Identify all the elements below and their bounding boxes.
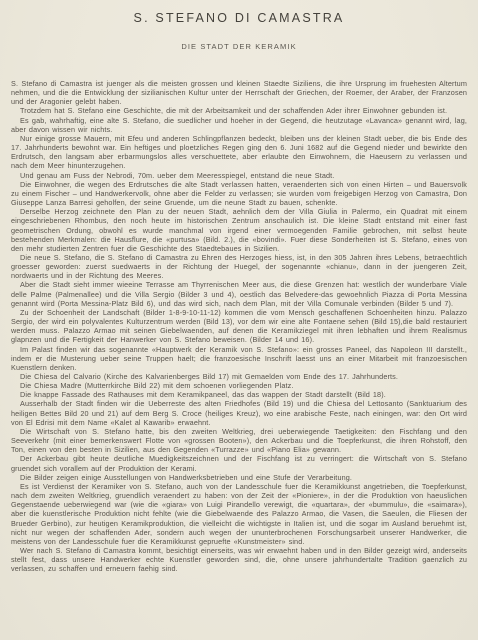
paragraph: Die Chiesa del Calvario (Kirche des Kalv… <box>11 372 467 381</box>
paragraph: Trotzdem hat S. Stefano eine Geschichte,… <box>11 106 467 115</box>
paragraph: Die neue S. Stefano, die S. Stefano di C… <box>11 253 467 280</box>
paragraph: Die knappe Fassade des Rathauses mit dem… <box>11 390 467 399</box>
paragraph: Zu der Schoenheit der Landschaft (Bilder… <box>11 308 467 345</box>
page-subtitle: DIE STADT DER KERAMIK <box>0 25 478 51</box>
paragraph: Ausserhalb der Stadt finden wir die Uebe… <box>11 399 467 426</box>
body-text: S. Stefano di Camastra ist juenger als d… <box>0 51 478 573</box>
paragraph: S. Stefano di Camastra ist juenger als d… <box>11 79 467 106</box>
paragraph: Wer nach S. Stefano di Camastra kommt, b… <box>11 546 467 573</box>
paragraph: Es ist Verdienst der Keramiker von S. St… <box>11 482 467 546</box>
paragraph: Die Wirtschaft von S. Stefano hatte, bis… <box>11 427 467 454</box>
paragraph: Aber die Stadt sieht immer wieeine Terra… <box>11 280 467 307</box>
paragraph: Die Einwohner, die wegen des Erdrutsches… <box>11 180 467 207</box>
paragraph: Der Ackerbau gibt heute deutliche Muedig… <box>11 454 467 472</box>
paragraph: Nur einige grosse Mauern, mit Efeu und a… <box>11 134 467 171</box>
paragraph: Und genau am Fuss der Nebrodi, 70m. uebe… <box>11 171 467 180</box>
page-title: S. STEFANO DI CAMASTRA <box>0 0 478 25</box>
paragraph: Im Palast finden wir das sogenannte «Hau… <box>11 345 467 372</box>
document-page: S. STEFANO DI CAMASTRA DIE STADT DER KER… <box>0 0 478 640</box>
paragraph: Die Bilder zeigen einige Ausstellungen v… <box>11 473 467 482</box>
paragraph: Derselbe Herzog zeichnete den Plan zu de… <box>11 207 467 253</box>
paragraph: Die Chiesa Madre (Mutterrkirche Bild 22)… <box>11 381 467 390</box>
paragraph: Es gab, wahrhaftig, eine alte S. Stefano… <box>11 116 467 134</box>
